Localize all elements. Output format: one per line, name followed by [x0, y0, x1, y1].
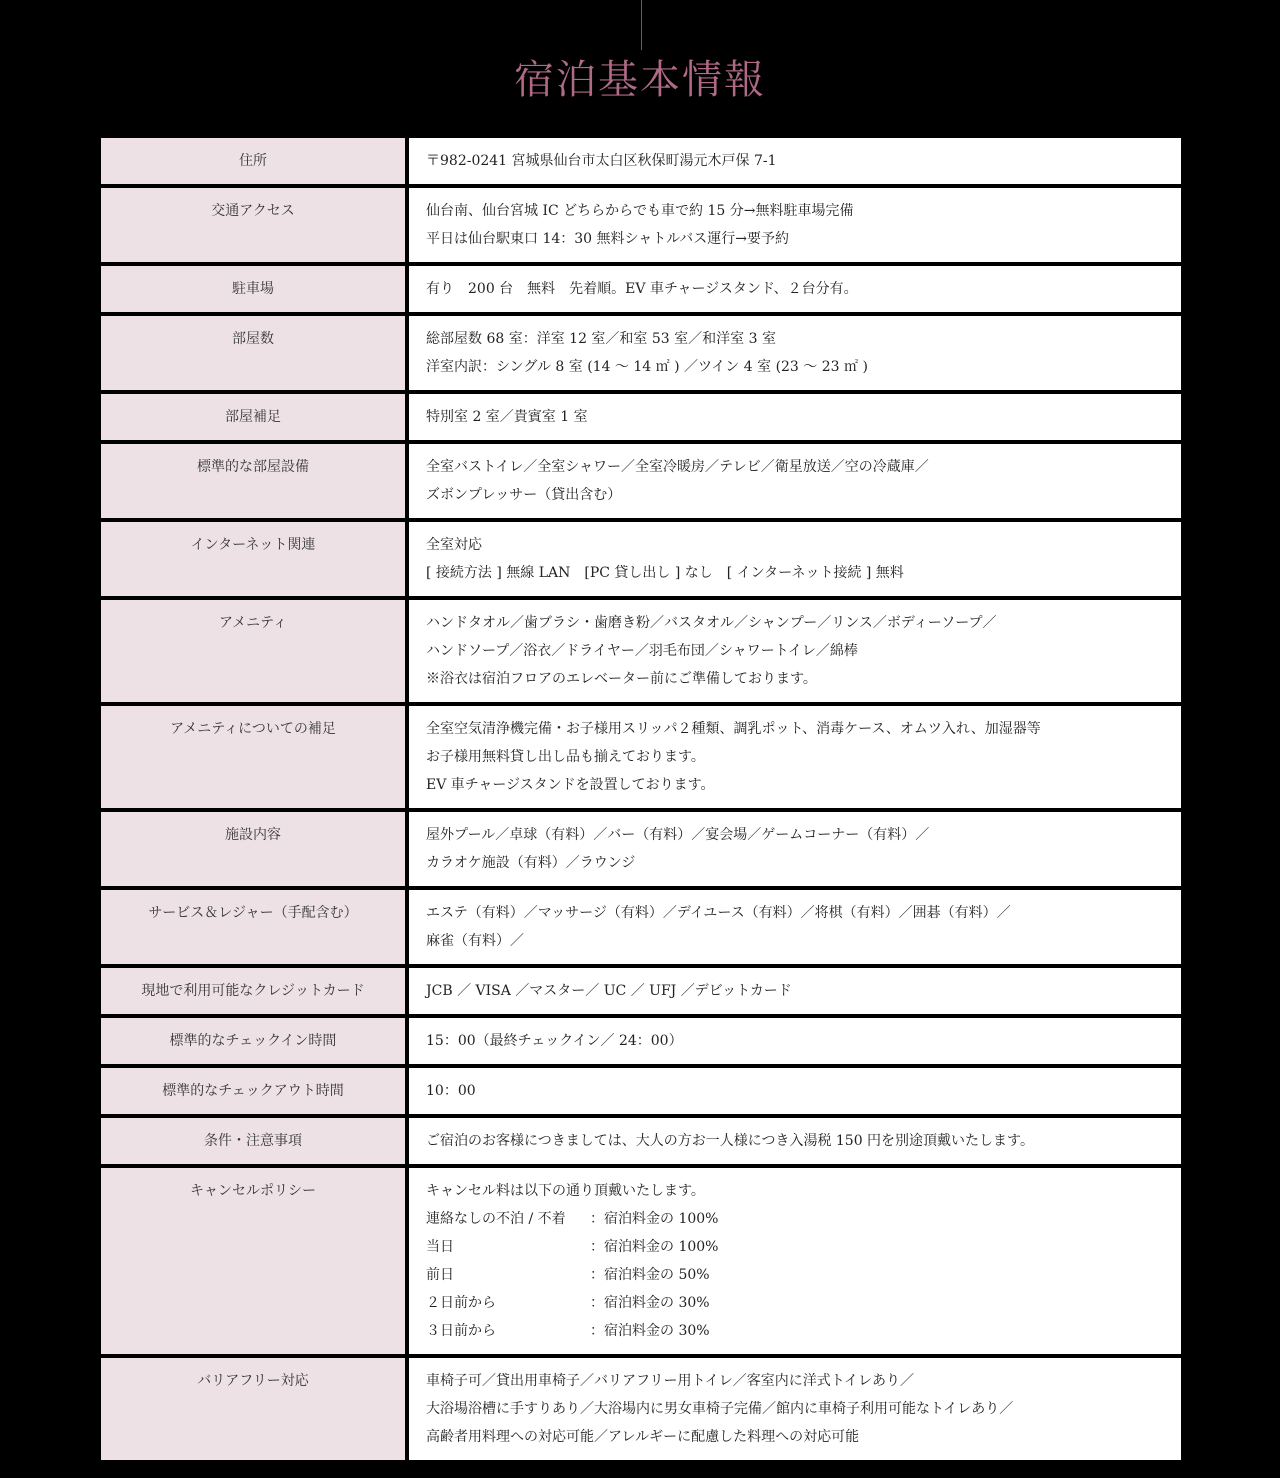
row-label: 住所: [101, 138, 405, 184]
value-line: 有り 200 台 無料 先着順。EV 車チャージスタンド、２台分有。: [426, 275, 1165, 303]
row-value: 有り 200 台 無料 先着順。EV 車チャージスタンド、２台分有。: [409, 266, 1181, 312]
row-value: エステ（有料）／マッサージ（有料）／デイユース（有料）／将棋（有料）／囲碁（有料…: [409, 890, 1181, 964]
table-row-room-equipment: 標準的な部屋設備 全室バストイレ／全室シャワー／全室冷暖房／テレビ／衛星放送／空…: [101, 444, 1181, 518]
row-value: 15：00（最終チェックイン／ 24：00）: [409, 1018, 1181, 1064]
row-label: アメニティ: [101, 600, 405, 702]
value-line: 屋外プール／卓球（有料）／バー（有料）／宴会場／ゲームコーナー（有料）／: [426, 821, 1165, 849]
row-label: 施設内容: [101, 812, 405, 886]
row-label: 部屋補足: [101, 394, 405, 440]
value-line: 総部屋数 68 室：洋室 12 室／和室 53 室／和洋室 3 室: [426, 325, 1165, 353]
cancel-policy-item: ３日前から ：宿泊料金の 30%: [426, 1317, 1165, 1345]
value-line: 15：00（最終チェックイン／ 24：00）: [426, 1027, 1165, 1055]
value-line: 麻雀（有料）／: [426, 927, 1165, 955]
row-value: 10：00: [409, 1068, 1181, 1114]
row-value: 全室バストイレ／全室シャワー／全室冷暖房／テレビ／衛星放送／空の冷蔵庫／ ズボン…: [409, 444, 1181, 518]
table-row-access: 交通アクセス 仙台南、仙台宮城 IC どちらからでも車で約 15 分→無料駐車場…: [101, 188, 1181, 262]
table-row-amenities: アメニティ ハンドタオル／歯ブラシ・歯磨き粉／バスタオル／シャンプー／リンス／ボ…: [101, 600, 1181, 702]
value-line: 全室対応: [426, 531, 1165, 559]
row-value: 〒982-0241 宮城県仙台市太白区秋保町湯元木戸保 7-1: [409, 138, 1181, 184]
row-label: 駐車場: [101, 266, 405, 312]
row-value: JCB ／ VISA ／マスター／ UC ／ UFJ ／デビットカード: [409, 968, 1181, 1014]
row-label: 条件・注意事項: [101, 1118, 405, 1164]
row-label: 標準的な部屋設備: [101, 444, 405, 518]
cancel-term: ３日前から: [426, 1317, 590, 1345]
row-value: キャンセル料は以下の通り頂戴いたします。 連絡なしの不泊 / 不着 ：宿泊料金の…: [409, 1168, 1181, 1354]
value-line: 車椅子可／貸出用車椅子／バリアフリー用トイレ／客室内に洋式トイレあり／: [426, 1367, 1165, 1395]
table-row-credit-cards: 現地で利用可能なクレジットカード JCB ／ VISA ／マスター／ UC ／ …: [101, 968, 1181, 1014]
row-value: 仙台南、仙台宮城 IC どちらからでも車で約 15 分→無料駐車場完備 平日は仙…: [409, 188, 1181, 262]
table-row-amenity-notes: アメニティについての補足 全室空気清浄機完備・お子様用スリッパ２種類、調乳ポット…: [101, 706, 1181, 808]
row-value: 全室空気清浄機完備・お子様用スリッパ２種類、調乳ポット、消毒ケース、オムツ入れ、…: [409, 706, 1181, 808]
row-label: サービス＆レジャー（手配含む）: [101, 890, 405, 964]
value-line: 洋室内訳：シングル 8 室 (14 〜 14 ㎡ ) ／ツイン 4 室 (23 …: [426, 353, 1165, 381]
value-line: 全室空気清浄機完備・お子様用スリッパ２種類、調乳ポット、消毒ケース、オムツ入れ、…: [426, 715, 1165, 743]
value-line: 全室バストイレ／全室シャワー／全室冷暖房／テレビ／衛星放送／空の冷蔵庫／: [426, 453, 1165, 481]
table-row-room-count: 部屋数 総部屋数 68 室：洋室 12 室／和室 53 室／和洋室 3 室 洋室…: [101, 316, 1181, 390]
row-label: バリアフリー対応: [101, 1358, 405, 1460]
decorative-divider-line: [641, 0, 642, 50]
row-label: インターネット関連: [101, 522, 405, 596]
row-label: 現地で利用可能なクレジットカード: [101, 968, 405, 1014]
table-row-facilities: 施設内容 屋外プール／卓球（有料）／バー（有料）／宴会場／ゲームコーナー（有料）…: [101, 812, 1181, 886]
cancel-policy-item: 当日 ：宿泊料金の 100%: [426, 1233, 1165, 1261]
row-label: 交通アクセス: [101, 188, 405, 262]
cancel-term: 当日: [426, 1233, 590, 1261]
cancel-rate: ：宿泊料金の 30%: [590, 1289, 710, 1317]
value-line: 10：00: [426, 1077, 1165, 1105]
value-line: ※浴衣は宿泊フロアのエレベーター前にご準備しております。: [426, 665, 1165, 693]
value-line: 平日は仙台駅東口 14：30 無料シャトルバス運行→要予約: [426, 225, 1165, 253]
value-line: 特別室 2 室／貴賓室 1 室: [426, 403, 1165, 431]
value-line: ハンドタオル／歯ブラシ・歯磨き粉／バスタオル／シャンプー／リンス／ボディーソープ…: [426, 609, 1165, 637]
row-value: ハンドタオル／歯ブラシ・歯磨き粉／バスタオル／シャンプー／リンス／ボディーソープ…: [409, 600, 1181, 702]
cancel-rate: ：宿泊料金の 100%: [590, 1205, 718, 1233]
value-line: お子様用無料貸し出し品も揃えております。: [426, 743, 1165, 771]
row-label: キャンセルポリシー: [101, 1168, 405, 1354]
table-row-checkin-time: 標準的なチェックイン時間 15：00（最終チェックイン／ 24：00）: [101, 1018, 1181, 1064]
cancel-policy-item: ２日前から ：宿泊料金の 30%: [426, 1289, 1165, 1317]
cancel-policy-intro: キャンセル料は以下の通り頂戴いたします。: [426, 1177, 1165, 1205]
value-line: ハンドソープ／浴衣／ドライヤー／羽毛布団／シャワートイレ／綿棒: [426, 637, 1165, 665]
row-label: 標準的なチェックイン時間: [101, 1018, 405, 1064]
cancel-rate: ：宿泊料金の 30%: [590, 1317, 710, 1345]
row-label: 標準的なチェックアウト時間: [101, 1068, 405, 1114]
cancel-policy-item: 連絡なしの不泊 / 不着 ：宿泊料金の 100%: [426, 1205, 1165, 1233]
row-value: 屋外プール／卓球（有料）／バー（有料）／宴会場／ゲームコーナー（有料）／ カラオ…: [409, 812, 1181, 886]
table-row-parking: 駐車場 有り 200 台 無料 先着順。EV 車チャージスタンド、２台分有。: [101, 266, 1181, 312]
value-line: JCB ／ VISA ／マスター／ UC ／ UFJ ／デビットカード: [426, 977, 1165, 1005]
accommodation-info-table: 住所 〒982-0241 宮城県仙台市太白区秋保町湯元木戸保 7-1 交通アクセ…: [97, 134, 1185, 1464]
cancel-term: ２日前から: [426, 1289, 590, 1317]
value-line: 仙台南、仙台宮城 IC どちらからでも車で約 15 分→無料駐車場完備: [426, 197, 1165, 225]
table-row-conditions: 条件・注意事項 ご宿泊のお客様につきましては、大人の方お一人様につき入湯税 15…: [101, 1118, 1181, 1164]
row-value: 車椅子可／貸出用車椅子／バリアフリー用トイレ／客室内に洋式トイレあり／ 大浴場浴…: [409, 1358, 1181, 1460]
cancel-policy-item: 前日 ：宿泊料金の 50%: [426, 1261, 1165, 1289]
row-value: 総部屋数 68 室：洋室 12 室／和室 53 室／和洋室 3 室 洋室内訳：シ…: [409, 316, 1181, 390]
value-line: [ 接続方法 ] 無線 LAN [PC 貸し出し ] なし [ インターネット接…: [426, 559, 1165, 587]
table-row-cancel-policy: キャンセルポリシー キャンセル料は以下の通り頂戴いたします。 連絡なしの不泊 /…: [101, 1168, 1181, 1354]
value-line: ご宿泊のお客様につきましては、大人の方お一人様につき入湯税 150 円を別途頂戴…: [426, 1127, 1165, 1155]
value-line: カラオケ施設（有料）／ラウンジ: [426, 849, 1165, 877]
table-row-internet: インターネット関連 全室対応 [ 接続方法 ] 無線 LAN [PC 貸し出し …: [101, 522, 1181, 596]
value-line: 大浴場浴槽に手すりあり／大浴場内に男女車椅子完備／館内に車椅子利用可能なトイレあ…: [426, 1395, 1165, 1423]
row-value: 特別室 2 室／貴賓室 1 室: [409, 394, 1181, 440]
row-label: 部屋数: [101, 316, 405, 390]
cancel-rate: ：宿泊料金の 100%: [590, 1233, 718, 1261]
cancel-term: 前日: [426, 1261, 590, 1289]
value-line: エステ（有料）／マッサージ（有料）／デイユース（有料）／将棋（有料）／囲碁（有料…: [426, 899, 1165, 927]
value-line: EV 車チャージスタンドを設置しております。: [426, 771, 1165, 799]
value-line: ズボンプレッサー（貸出含む）: [426, 481, 1165, 509]
cancel-rate: ：宿泊料金の 50%: [590, 1261, 710, 1289]
row-value: ご宿泊のお客様につきましては、大人の方お一人様につき入湯税 150 円を別途頂戴…: [409, 1118, 1181, 1164]
value-line: 高齢者用料理への対応可能／アレルギーに配慮した料理への対応可能: [426, 1423, 1165, 1451]
table-row-services-leisure: サービス＆レジャー（手配含む） エステ（有料）／マッサージ（有料）／デイユース（…: [101, 890, 1181, 964]
row-value: 全室対応 [ 接続方法 ] 無線 LAN [PC 貸し出し ] なし [ インタ…: [409, 522, 1181, 596]
table-row-address: 住所 〒982-0241 宮城県仙台市太白区秋保町湯元木戸保 7-1: [101, 138, 1181, 184]
table-row-room-notes: 部屋補足 特別室 2 室／貴賓室 1 室: [101, 394, 1181, 440]
cancel-term: 連絡なしの不泊 / 不着: [426, 1205, 590, 1233]
value-line: 〒982-0241 宮城県仙台市太白区秋保町湯元木戸保 7-1: [426, 147, 1165, 175]
row-label: アメニティについての補足: [101, 706, 405, 808]
page-title: 宿泊基本情報: [0, 52, 1280, 108]
table-row-checkout-time: 標準的なチェックアウト時間 10：00: [101, 1068, 1181, 1114]
table-row-barrier-free: バリアフリー対応 車椅子可／貸出用車椅子／バリアフリー用トイレ／客室内に洋式トイ…: [101, 1358, 1181, 1460]
